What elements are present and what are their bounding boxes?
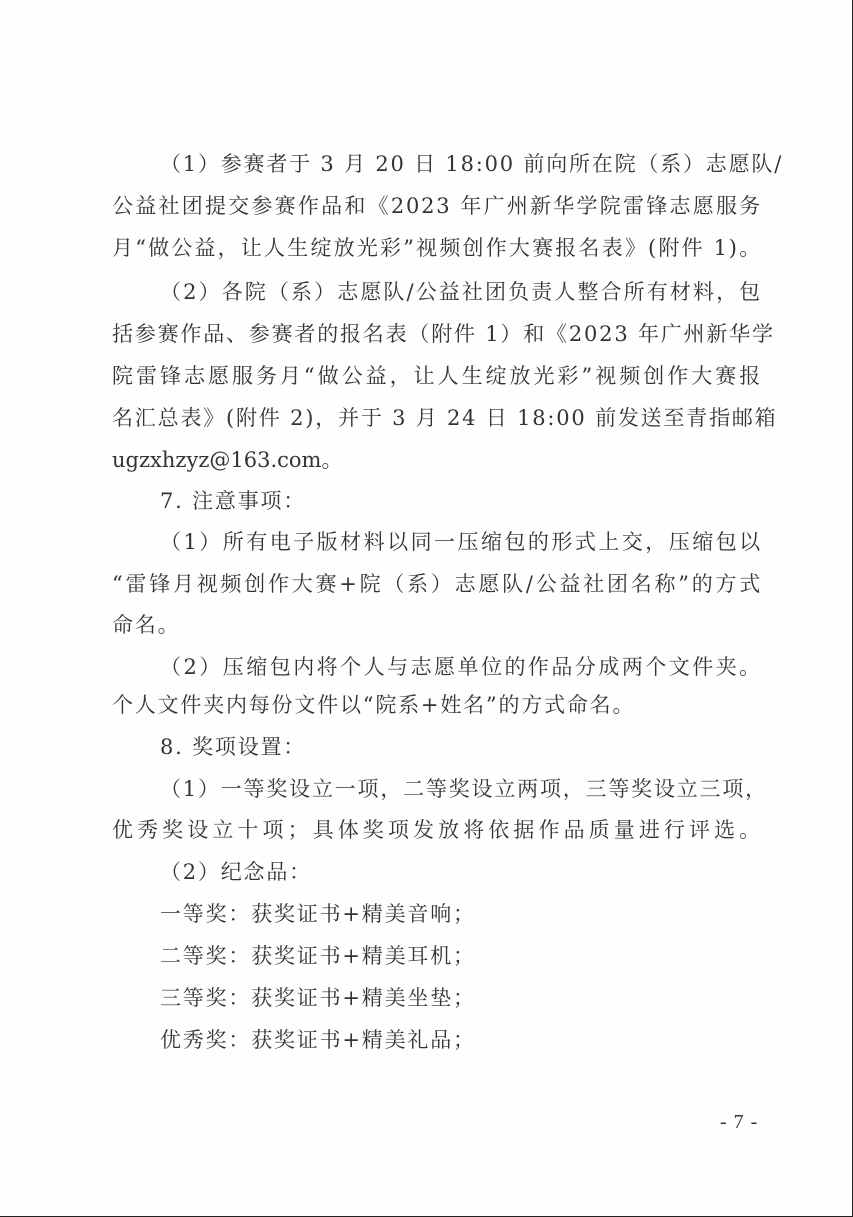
email-address-line: ugzxhzyz@163.com。	[112, 446, 762, 474]
souvenir-heading: （2）纪念品：	[160, 858, 762, 886]
paragraph-line: 括参赛作品、参赛者的报名表（附件 1）和《2023 年广州新华学	[112, 320, 762, 348]
paragraph-line: “雷锋月视频创作大赛+院（系）志愿队/公益社团名称”的方式	[112, 570, 762, 598]
paragraph-line: 名汇总表》(附件 2)，并于 3 月 24 日 18:00 前发送至青指邮箱	[112, 404, 762, 432]
page-number: - 7 -	[720, 1110, 758, 1134]
paragraph-line: （1）所有电子版材料以同一压缩包的形式上交，压缩包以	[160, 528, 762, 556]
document-page: （1）参赛者于 3 月 20 日 18:00 前向所在院（系）志愿队/ 公益社团…	[0, 0, 853, 1217]
paragraph-line: 月“做公益，让人生绽放光彩”视频创作大赛报名表》(附件 1)。	[112, 234, 762, 262]
paragraph-line: 命名。	[112, 611, 762, 639]
paragraph-line: （2）各院（系）志愿队/公益社团负责人整合所有材料，包	[160, 278, 762, 306]
prize-first: 一等奖：获奖证书+精美音响；	[160, 900, 762, 928]
paragraph-line: （2）压缩包内将个人与志愿单位的作品分成两个文件夹。	[160, 653, 762, 681]
paragraph-line: 优秀奖设立十项；具体奖项发放将依据作品质量进行评选。	[112, 816, 762, 844]
paragraph-line: （1）参赛者于 3 月 20 日 18:00 前向所在院（系）志愿队/	[160, 150, 762, 178]
prize-third: 三等奖：获奖证书+精美坐垫；	[160, 984, 762, 1012]
prize-excellence: 优秀奖：获奖证书+精美礼品；	[160, 1026, 762, 1054]
paragraph-line: 院雷锋志愿服务月“做公益，让人生绽放光彩”视频创作大赛报	[112, 362, 762, 390]
paragraph-line: （1）一等奖设立一项，二等奖设立两项，三等奖设立三项，	[160, 775, 762, 803]
paragraph-line: 公益社团提交参赛作品和《2023 年广州新华学院雷锋志愿服务	[112, 192, 762, 220]
prize-second: 二等奖：获奖证书+精美耳机；	[160, 942, 762, 970]
paragraph-line: 个人文件夹内每份文件以“院系+姓名”的方式命名。	[112, 691, 762, 719]
section-heading-notes: 7. 注意事项：	[160, 487, 762, 515]
section-heading-awards: 8. 奖项设置：	[160, 733, 762, 761]
